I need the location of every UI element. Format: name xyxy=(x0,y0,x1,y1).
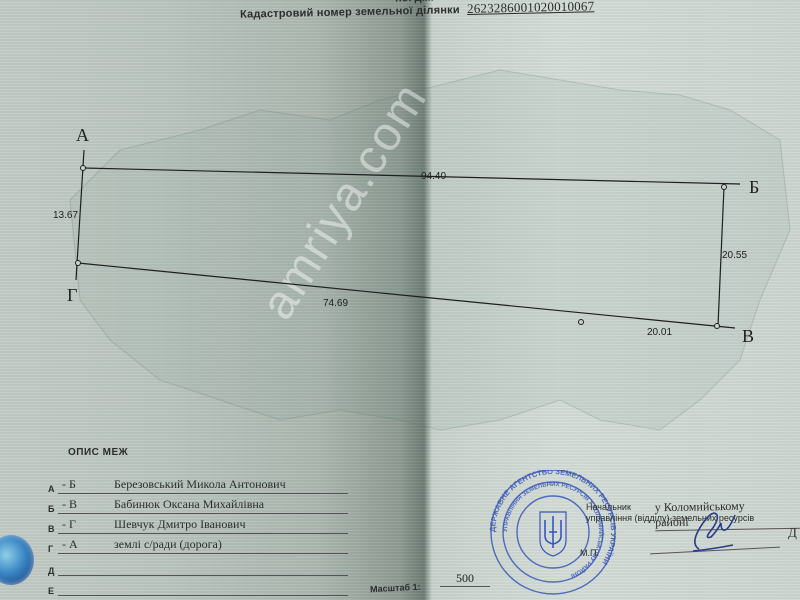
official-stamp: ДЕРЖАВНЕ АГЕНТСТВО ЗЕМЕЛЬНИХ РЕСУРСІВ УК… xyxy=(478,470,628,595)
boundary-from: Б xyxy=(48,504,58,514)
date-label: Д xyxy=(788,525,797,541)
boundary-from: Г xyxy=(48,544,58,554)
boundary-row: А - ББерезовський Микола Антонович xyxy=(48,478,348,494)
trident-icon xyxy=(540,512,566,556)
boundary-row: Б - ВБабинюк Оксана Михайлівна xyxy=(48,498,348,514)
boundary-to: - А xyxy=(58,537,114,552)
boundary-to: - Г xyxy=(58,517,114,532)
dimension-v-mid: 20.01 xyxy=(647,327,672,338)
boundary-to: - Б xyxy=(58,477,114,492)
boundary-to: - В xyxy=(58,497,114,512)
stamp-place-label: М.П. xyxy=(580,548,599,558)
boundary-from: А xyxy=(48,484,58,494)
boundary-row: Е xyxy=(48,580,348,596)
dimension-b-v: 20.55 xyxy=(722,250,747,261)
boundary-from: Е xyxy=(48,586,58,596)
boundary-description-title: ОПИС МЕЖ xyxy=(68,447,128,458)
boundary-row: В - ГШевчук Дмитро Іванович xyxy=(48,518,348,534)
boundary-owner: Березовський Микола Антонович xyxy=(114,477,286,492)
boundary-from: Д xyxy=(48,566,58,576)
dimension-g-a: 13.67 xyxy=(53,210,78,221)
boundary-owner: Бабинюк Оксана Михайлівна xyxy=(114,497,264,512)
dimension-mid-g: 74.69 xyxy=(323,298,348,309)
dimension-a-b: 94.40 xyxy=(421,171,446,182)
vertex-a-label: А xyxy=(76,125,89,146)
boundary-row: Г - Аземлі с/ради (дорога) xyxy=(48,538,348,554)
boundary-owner: землі с/ради (дорога) xyxy=(114,537,222,552)
boundary-row: Д xyxy=(48,560,348,576)
vertex-b-label: Б xyxy=(749,177,759,198)
signature xyxy=(685,505,745,555)
boundary-owner: Шевчук Дмитро Іванович xyxy=(114,517,245,532)
vertex-v-label: В xyxy=(742,326,754,347)
vertex-g-label: Г xyxy=(67,285,77,306)
boundary-from: В xyxy=(48,524,58,534)
